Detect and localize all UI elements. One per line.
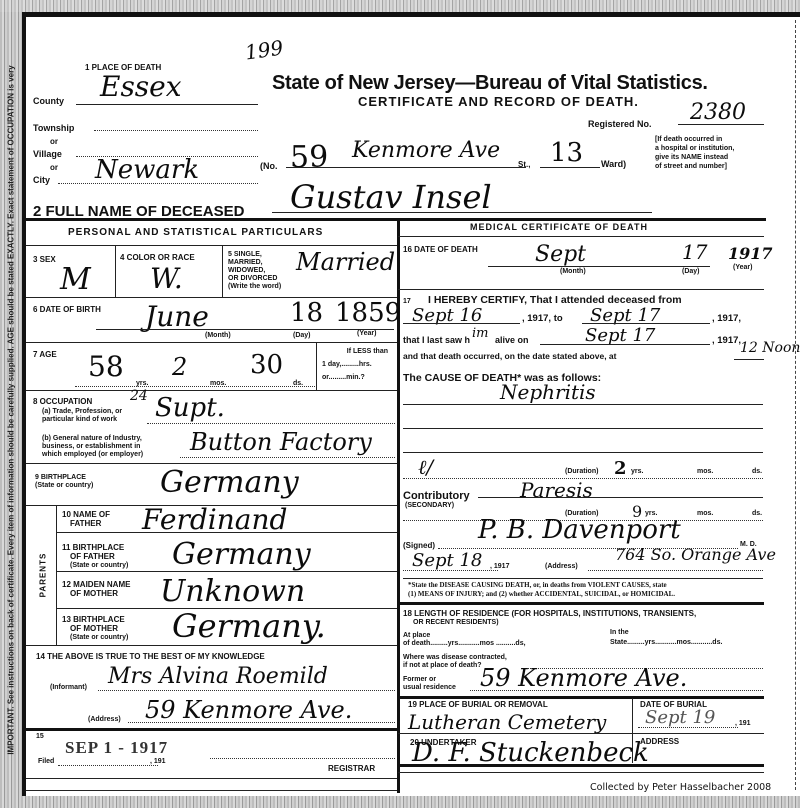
race-value: W. xyxy=(150,262,183,295)
village-label: Village xyxy=(33,150,62,159)
sex-value: M xyxy=(60,262,91,297)
age-years: 58 xyxy=(88,350,124,383)
marital-value: Married xyxy=(296,248,395,276)
burial-place-label: 19 PLACE OF BURIAL OR REMOVAL xyxy=(408,700,548,709)
occupation-label: 8 OCCUPATION xyxy=(33,397,92,406)
occupation-b-label: (b) General nature of Industry,business,… xyxy=(42,435,143,459)
medical-section-title: MEDICAL CERTIFICATE OF DEATH xyxy=(470,223,648,232)
duration1-label: (Duration) xyxy=(565,468,598,476)
marital-label: 5 SINGLE,MARRIED,WIDOWED,OR DIVORCED(Wri… xyxy=(228,251,281,291)
city-value: Newark xyxy=(95,155,199,185)
physician-address: 764 So. Orange Ave xyxy=(615,545,776,564)
former-residence: 59 Kenmore Ave. xyxy=(480,664,687,692)
last-saw-year: , 1917, xyxy=(712,336,741,345)
day-caption: (Day) xyxy=(293,332,311,340)
signed-label: (Signed) xyxy=(403,541,435,550)
mother-birthplace: Germany. xyxy=(172,607,326,645)
top-border xyxy=(20,12,800,17)
duration1-mos: mos. xyxy=(697,468,713,476)
ds-caption: ds. xyxy=(293,380,303,388)
collection-credit: Collected by Peter Hasselbacher 2008 xyxy=(590,782,771,793)
cause-annotation: ℓ/ xyxy=(418,455,433,480)
burial-place: Lutheran Cemetery xyxy=(408,710,606,734)
death-occurred-text: and that death occurred, on the date sta… xyxy=(403,352,616,361)
bottom-scan-edge xyxy=(0,796,800,808)
top-scan-edge xyxy=(0,0,800,12)
informant-address-caption: (Address) xyxy=(88,716,121,724)
duration1-ds: ds. xyxy=(752,468,762,476)
contributory-label: Contributory xyxy=(403,490,470,502)
alive-on-label: alive on xyxy=(495,336,529,345)
occupation-a-value: Supt. xyxy=(155,393,225,423)
occupation-a-label: (a) Trade, Profession, orparticular kind… xyxy=(42,408,122,424)
filed-label: Filed xyxy=(38,758,54,766)
burial-year-prefix: , 191 xyxy=(735,720,751,728)
dod-year-caption: (Year) xyxy=(733,264,752,272)
month-caption: (Month) xyxy=(205,332,231,340)
time-of-death: 12 Noon xyxy=(740,340,800,356)
race-label: 4 COLOR OR RACE xyxy=(120,253,195,262)
cause-footnote: *State the DISEASE CAUSING DEATH, or, in… xyxy=(408,581,675,599)
annotation-number: 199 xyxy=(244,35,285,64)
dod-day: 17 xyxy=(682,240,707,264)
document-subtitle: CERTIFICATE AND RECORD OF DEATH. xyxy=(358,94,639,109)
ward-label: Ward) xyxy=(601,160,626,169)
township-label: Township xyxy=(33,124,74,133)
parents-label: PARENTS xyxy=(36,515,50,635)
filed-year-prefix: , 191 xyxy=(150,758,166,766)
in-state-label: In theState.........yrs...........mos...… xyxy=(610,628,722,648)
registrar-label: REGISTRAR xyxy=(328,765,375,773)
age-months: 2 xyxy=(172,353,187,381)
father-birthplace-label: 11 BIRTHPLACEOF FATHER(State or country) xyxy=(62,543,128,570)
deceased-name: Gustav Insel xyxy=(290,178,492,216)
right-dotted-edge xyxy=(795,20,796,790)
year-caption: (Year) xyxy=(357,330,376,338)
last-saw-date: Sept 17 xyxy=(585,325,655,346)
dod-day-caption: (Day) xyxy=(682,268,700,276)
father-name-label: 10 NAME OFFATHER xyxy=(62,510,110,528)
informant-address: 59 Kenmore Ave. xyxy=(145,696,352,724)
age-label: 7 AGE xyxy=(33,350,57,359)
cause-value: Nephritis xyxy=(500,380,596,404)
personal-section-title: PERSONAL AND STATISTICAL PARTICULARS xyxy=(68,228,323,237)
mother-name: Unknown xyxy=(160,574,305,609)
mother-birthplace-label: 13 BIRTHPLACEOF MOTHER(State or country) xyxy=(62,615,128,642)
former-residence-label: Former orusual residence xyxy=(403,676,456,692)
street-number: 59 xyxy=(290,140,328,175)
secondary-label: (SECONDARY) xyxy=(405,502,454,510)
duration1-years: 2 xyxy=(614,458,627,479)
or-label: or xyxy=(50,163,58,172)
father-birthplace: Germany xyxy=(172,537,311,572)
duration2-mos: mos. xyxy=(697,510,713,518)
city-label: City xyxy=(33,176,50,185)
county-label: County xyxy=(33,97,64,106)
dod-month: Sept xyxy=(535,242,586,267)
left-border xyxy=(22,12,26,797)
physician-signature: P. B. Davenport xyxy=(478,515,681,545)
dod-label: 16 DATE OF DEATH xyxy=(403,245,478,254)
dod-year: 1917 xyxy=(728,244,773,263)
less-than-label: If LESS than1 day,.........hrs.or.......… xyxy=(322,345,388,384)
physician-address-label: (Address) xyxy=(545,563,578,571)
street-no-label: (No. xyxy=(260,162,278,171)
or-label: or xyxy=(50,137,58,146)
dod-month-caption: (Month) xyxy=(560,268,586,276)
sign-date: Sept 18 xyxy=(412,550,482,571)
certify-number: 17 xyxy=(403,298,411,306)
street-name: Kenmore Ave xyxy=(352,138,500,163)
birthplace-value: Germany xyxy=(160,465,299,500)
street-label: St., xyxy=(518,160,530,169)
sidebar-instructions: IMPORTANT. See instructions on back of c… xyxy=(2,80,20,740)
occupation-b-value: Button Factory xyxy=(190,428,372,456)
registered-no: 2380 xyxy=(690,100,746,125)
undertaker-address-label: ADDRESS xyxy=(640,737,679,746)
duration2-ds: ds. xyxy=(752,510,762,518)
filed-stamp: SEP 1 - 1917 xyxy=(65,738,168,758)
document-title: State of New Jersey—Bureau of Vital Stat… xyxy=(272,72,708,95)
yrs-caption: yrs. xyxy=(136,380,148,388)
dob-label: 6 DATE OF BIRTH xyxy=(33,305,101,314)
sex-label: 3 SEX xyxy=(33,255,56,264)
filed-number: 15 xyxy=(36,733,44,741)
informant-statement: 14 THE ABOVE IS TRUE TO THE BEST OF MY K… xyxy=(36,652,265,661)
age-days: 30 xyxy=(250,350,283,380)
mother-name-label: 12 MAIDEN NAMEOF MOTHER xyxy=(62,580,130,598)
contributory-value: Paresis xyxy=(520,478,593,502)
registered-no-label: Registered No. xyxy=(588,120,652,129)
occupation-note: 24 xyxy=(130,388,148,404)
residence-label: 18 LENGTH OF RESIDENCE (FOR HOSPITALS, I… xyxy=(403,609,696,627)
to-year: , 1917, xyxy=(712,314,741,323)
burial-date: Sept 19 xyxy=(645,707,715,728)
last-saw-pronoun: im xyxy=(472,326,489,341)
informant-name: Mrs Alvina Roemild xyxy=(108,664,328,689)
duration1-yrs: yrs. xyxy=(631,468,643,476)
mos-caption: mos. xyxy=(210,380,226,388)
dob-year: 1859 xyxy=(335,298,401,328)
dob-day: 18 xyxy=(290,298,323,328)
ward-number: 13 xyxy=(550,138,583,168)
informant-caption: (Informant) xyxy=(50,684,87,692)
hospital-note: [If death occurred ina hospital or insti… xyxy=(655,135,734,171)
birthplace-label: 9 BIRTHPLACE(State or country) xyxy=(35,474,93,490)
at-place-label: At placeof death.........yrs...........m… xyxy=(403,632,526,648)
sign-year: , 1917 xyxy=(490,563,509,571)
last-saw-prefix: that I last saw h xyxy=(403,336,470,345)
from-year: , 1917, to xyxy=(522,314,563,323)
county-value: Essex xyxy=(100,70,182,103)
